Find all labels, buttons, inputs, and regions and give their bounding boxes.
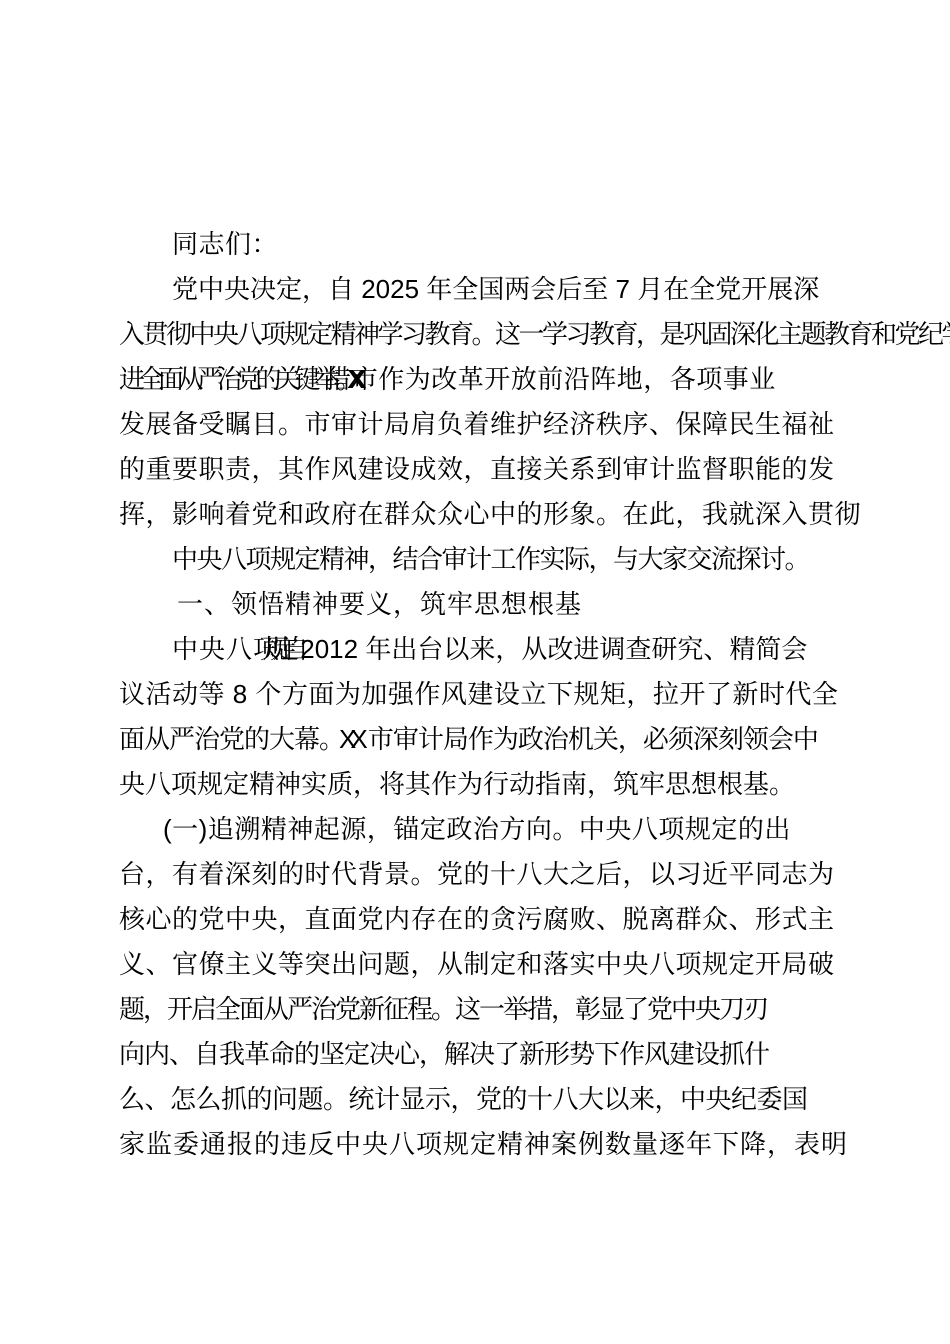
body-line-overflow-compressed: 入贯彻中央八项规定精神学习教育。这一学习教育，是巩固深化主题教育和党纪学 <box>0 312 950 357</box>
body-line: 核心的党中央，直面党内存在的贪污腐败、脱离群众、形式主 <box>0 897 950 942</box>
body-line: 家监委通报的违反中央八项规定精神案例数量逐年下降，表明 <box>0 1122 950 1167</box>
body-line: 党中央决定，自 2025 年全国两会后至 7 月在全党开展深 <box>0 267 950 312</box>
overlapped-text-segment: 项规定自 <box>253 634 293 664</box>
body-line: 发展备受瞩目。市审计局肩负着维护经济秩序、保障民生福祉 <box>0 402 950 447</box>
body-line: 向内、自我革命的坚定决心，解决了新形势下作风建设抓什 <box>0 1032 950 1077</box>
body-line-with-overlap: 进全面从严治党的关键举措。XX市作为改革开放前沿阵地，各项事业 <box>0 357 950 402</box>
subsection-lead-line: (一)追溯精神起源，锚定政治方向。中央八项规定的出 <box>0 807 950 852</box>
body-line: 议活动等 8 个方面为加强作风建设立下规矩，拉开了新时代全 <box>0 672 950 717</box>
text-segment: 市审计局作为政治机关，必须深刻领会中 <box>362 724 818 754</box>
body-line: 义、官僚主义等突出问题，从制定和落实中央八项规定开局破 <box>0 942 950 987</box>
document-body: 同志们： 党中央决定，自 2025 年全国两会后至 7 月在全党开展深 入贯彻中… <box>0 222 950 1167</box>
body-line: 挥，影响着党和政府在群众众心中的形象。在此，我就深入贯彻 <box>0 492 950 537</box>
body-line: 台，有着深刻的时代背景。党的十八大之后，以习近平同志为 <box>0 852 950 897</box>
body-line-with-overlap: 面从严治党的大幕。XX 市审计局作为政治机关，必须深刻领会中 <box>0 717 950 762</box>
document-page: 同志们： 党中央决定，自 2025 年全国两会后至 7 月在全党开展深 入贯彻中… <box>0 0 950 1344</box>
overlapped-text-segment: 。XX <box>319 724 362 754</box>
body-line: 么、怎么抓的问题。统计显示，党的十八大以来，中央纪委国 <box>0 1077 950 1122</box>
overlapped-text-segment: 举措。XX <box>314 364 352 394</box>
salutation-line: 同志们： <box>0 222 950 267</box>
body-line-with-overlap: 中央八项规定自 2012 年出台以来，从改进调查研究、精简会 <box>0 627 950 672</box>
body-line: 的重要职责，其作风建设成效，直接关系到审计监督职能的发 <box>0 447 950 492</box>
text-segment: 市作为改革开放前沿阵地，各项事业 <box>352 364 776 394</box>
body-line: 央八项规定精神实质，将其作为行动指南，筑牢思想根基。 <box>0 762 950 807</box>
body-line: 中央八项规定精神，结合审计工作实际，与大家交流探讨。 <box>0 537 950 582</box>
body-line: 题，开启全面从严治党新征程。这一举措，彰显了党中央刀刃 <box>0 987 950 1032</box>
section-heading-1: 一、领悟精神要义，筑牢思想根基 <box>0 582 950 627</box>
compressed-text-segment: 进全面从严治党的关键 <box>119 364 314 394</box>
text-segment: 2012 年出台以来，从改进调查研究、精简会 <box>293 634 807 664</box>
text-segment: 面从严治党的大幕 <box>119 724 319 754</box>
text-segment: 中央八 <box>172 634 253 664</box>
